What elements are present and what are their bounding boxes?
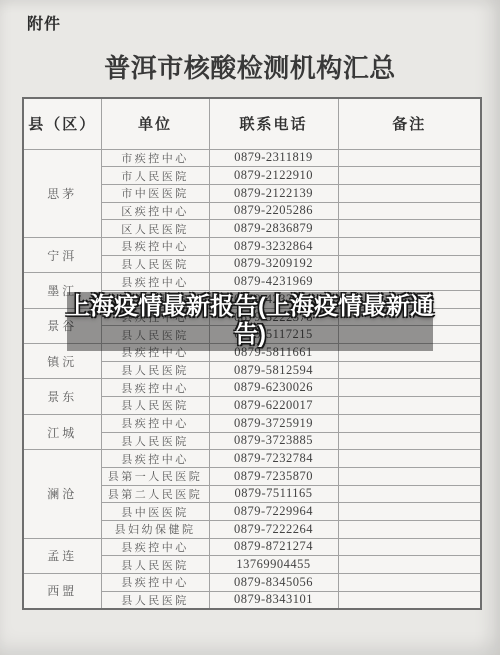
- note-cell: [338, 361, 481, 379]
- banner-text-line2: 告): [234, 321, 266, 349]
- phone-cell: 0879-7232784: [209, 450, 338, 468]
- phone-cell: 0879-3725919: [209, 414, 338, 432]
- note-cell: [338, 538, 481, 556]
- phone-cell: 0879-6230026: [209, 379, 338, 397]
- phone-cell: 0879-8343101: [209, 591, 338, 609]
- note-cell: [338, 184, 481, 202]
- county-cell: 思茅: [23, 149, 101, 237]
- table-header-row: 县（区） 单位 联系电话 备注: [23, 98, 481, 149]
- county-cell: 孟连: [23, 538, 101, 573]
- phone-cell: 0879-4231969: [209, 273, 338, 291]
- testing-orgs-table: 县（区） 单位 联系电话 备注 思茅市疾控中心0879-2311819市人民医院…: [22, 97, 482, 610]
- table-row: 宁洱县疾控中心0879-3232864: [23, 237, 481, 255]
- note-cell: [338, 520, 481, 538]
- banner-text-line1: 上海疫情最新报告(上海疫情最新通: [66, 293, 434, 321]
- note-cell: [338, 167, 481, 185]
- note-cell: [338, 432, 481, 450]
- county-cell: 澜沧: [23, 450, 101, 538]
- table-row: 江城县疾控中心0879-3725919: [23, 414, 481, 432]
- note-cell: [338, 574, 481, 592]
- unit-cell: 县人民医院: [101, 432, 209, 450]
- phone-cell: 0879-8721274: [209, 538, 338, 556]
- phone-cell: 0879-7229964: [209, 503, 338, 521]
- phone-cell: 0879-2122910: [209, 167, 338, 185]
- unit-cell: 县疾控中心: [101, 237, 209, 255]
- unit-cell: 市人民医院: [101, 167, 209, 185]
- unit-cell: 县第一人民医院: [101, 467, 209, 485]
- phone-cell: 0879-2122139: [209, 184, 338, 202]
- phone-cell: 0879-2311819: [209, 149, 338, 167]
- unit-cell: 县中医医院: [101, 503, 209, 521]
- phone-cell: 0879-7235870: [209, 467, 338, 485]
- phone-cell: 0879-3232864: [209, 237, 338, 255]
- unit-cell: 县疾控中心: [101, 273, 209, 291]
- phone-cell: 0879-7511165: [209, 485, 338, 503]
- note-cell: [338, 220, 481, 238]
- unit-cell: 县疾控中心: [101, 538, 209, 556]
- note-cell: [338, 273, 481, 291]
- unit-cell: 区人民医院: [101, 220, 209, 238]
- note-cell: [338, 556, 481, 574]
- table-row: 思茅市疾控中心0879-2311819: [23, 149, 481, 167]
- county-cell: 西盟: [23, 574, 101, 609]
- table-row: 澜沧县疾控中心0879-7232784: [23, 450, 481, 468]
- phone-cell: 13769904455: [209, 556, 338, 574]
- phone-cell: 0879-6220017: [209, 397, 338, 415]
- unit-cell: 县疾控中心: [101, 414, 209, 432]
- note-cell: [338, 503, 481, 521]
- county-cell: 宁洱: [23, 237, 101, 272]
- scanned-document-page: 附件 普洱市核酸检测机构汇总 县（区） 单位 联系电话 备注 思茅市疾控中心08…: [0, 0, 500, 655]
- unit-cell: 区疾控中心: [101, 202, 209, 220]
- unit-cell: 县人民医院: [101, 361, 209, 379]
- note-cell: [338, 591, 481, 609]
- col-header-unit: 单位: [101, 98, 209, 149]
- attachment-label: 附件: [27, 11, 61, 34]
- note-cell: [338, 237, 481, 255]
- col-header-note: 备注: [338, 98, 481, 149]
- note-cell: [338, 467, 481, 485]
- news-banner-overlay: 上海疫情最新报告(上海疫情最新通 告): [67, 292, 433, 351]
- unit-cell: 县人民医院: [101, 556, 209, 574]
- table-row: 西盟县疾控中心0879-8345056: [23, 574, 481, 592]
- county-cell: 江城: [23, 414, 101, 449]
- note-cell: [338, 149, 481, 167]
- note-cell: [338, 485, 481, 503]
- county-cell: 景东: [23, 379, 101, 414]
- table-row: 孟连县疾控中心0879-8721274: [23, 538, 481, 556]
- note-cell: [338, 450, 481, 468]
- table-row: 墨江县疾控中心0879-4231969: [23, 273, 481, 291]
- doc-title: 普洱市核酸检测机构汇总: [0, 48, 500, 85]
- phone-cell: 0879-2836879: [209, 220, 338, 238]
- unit-cell: 县疾控中心: [101, 379, 209, 397]
- unit-cell: 县人民医院: [101, 255, 209, 273]
- table-row: 景东县疾控中心0879-6230026: [23, 379, 481, 397]
- unit-cell: 县疾控中心: [101, 574, 209, 592]
- table-body: 思茅市疾控中心0879-2311819市人民医院0879-2122910市中医医…: [23, 149, 481, 609]
- note-cell: [338, 397, 481, 415]
- note-cell: [338, 202, 481, 220]
- unit-cell: 县人民医院: [101, 591, 209, 609]
- note-cell: [338, 414, 481, 432]
- note-cell: [338, 379, 481, 397]
- phone-cell: 0879-7222264: [209, 520, 338, 538]
- phone-cell: 0879-8345056: [209, 574, 338, 592]
- col-header-county: 县（区）: [23, 98, 101, 149]
- unit-cell: 市疾控中心: [101, 149, 209, 167]
- unit-cell: 县妇幼保健院: [101, 520, 209, 538]
- unit-cell: 市中医医院: [101, 184, 209, 202]
- unit-cell: 县第二人民医院: [101, 485, 209, 503]
- note-cell: [338, 255, 481, 273]
- phone-cell: 0879-3723885: [209, 432, 338, 450]
- col-header-phone: 联系电话: [209, 98, 338, 149]
- phone-cell: 0879-2205286: [209, 202, 338, 220]
- unit-cell: 县疾控中心: [101, 450, 209, 468]
- phone-cell: 0879-3209192: [209, 255, 338, 273]
- unit-cell: 县人民医院: [101, 397, 209, 415]
- phone-cell: 0879-5812594: [209, 361, 338, 379]
